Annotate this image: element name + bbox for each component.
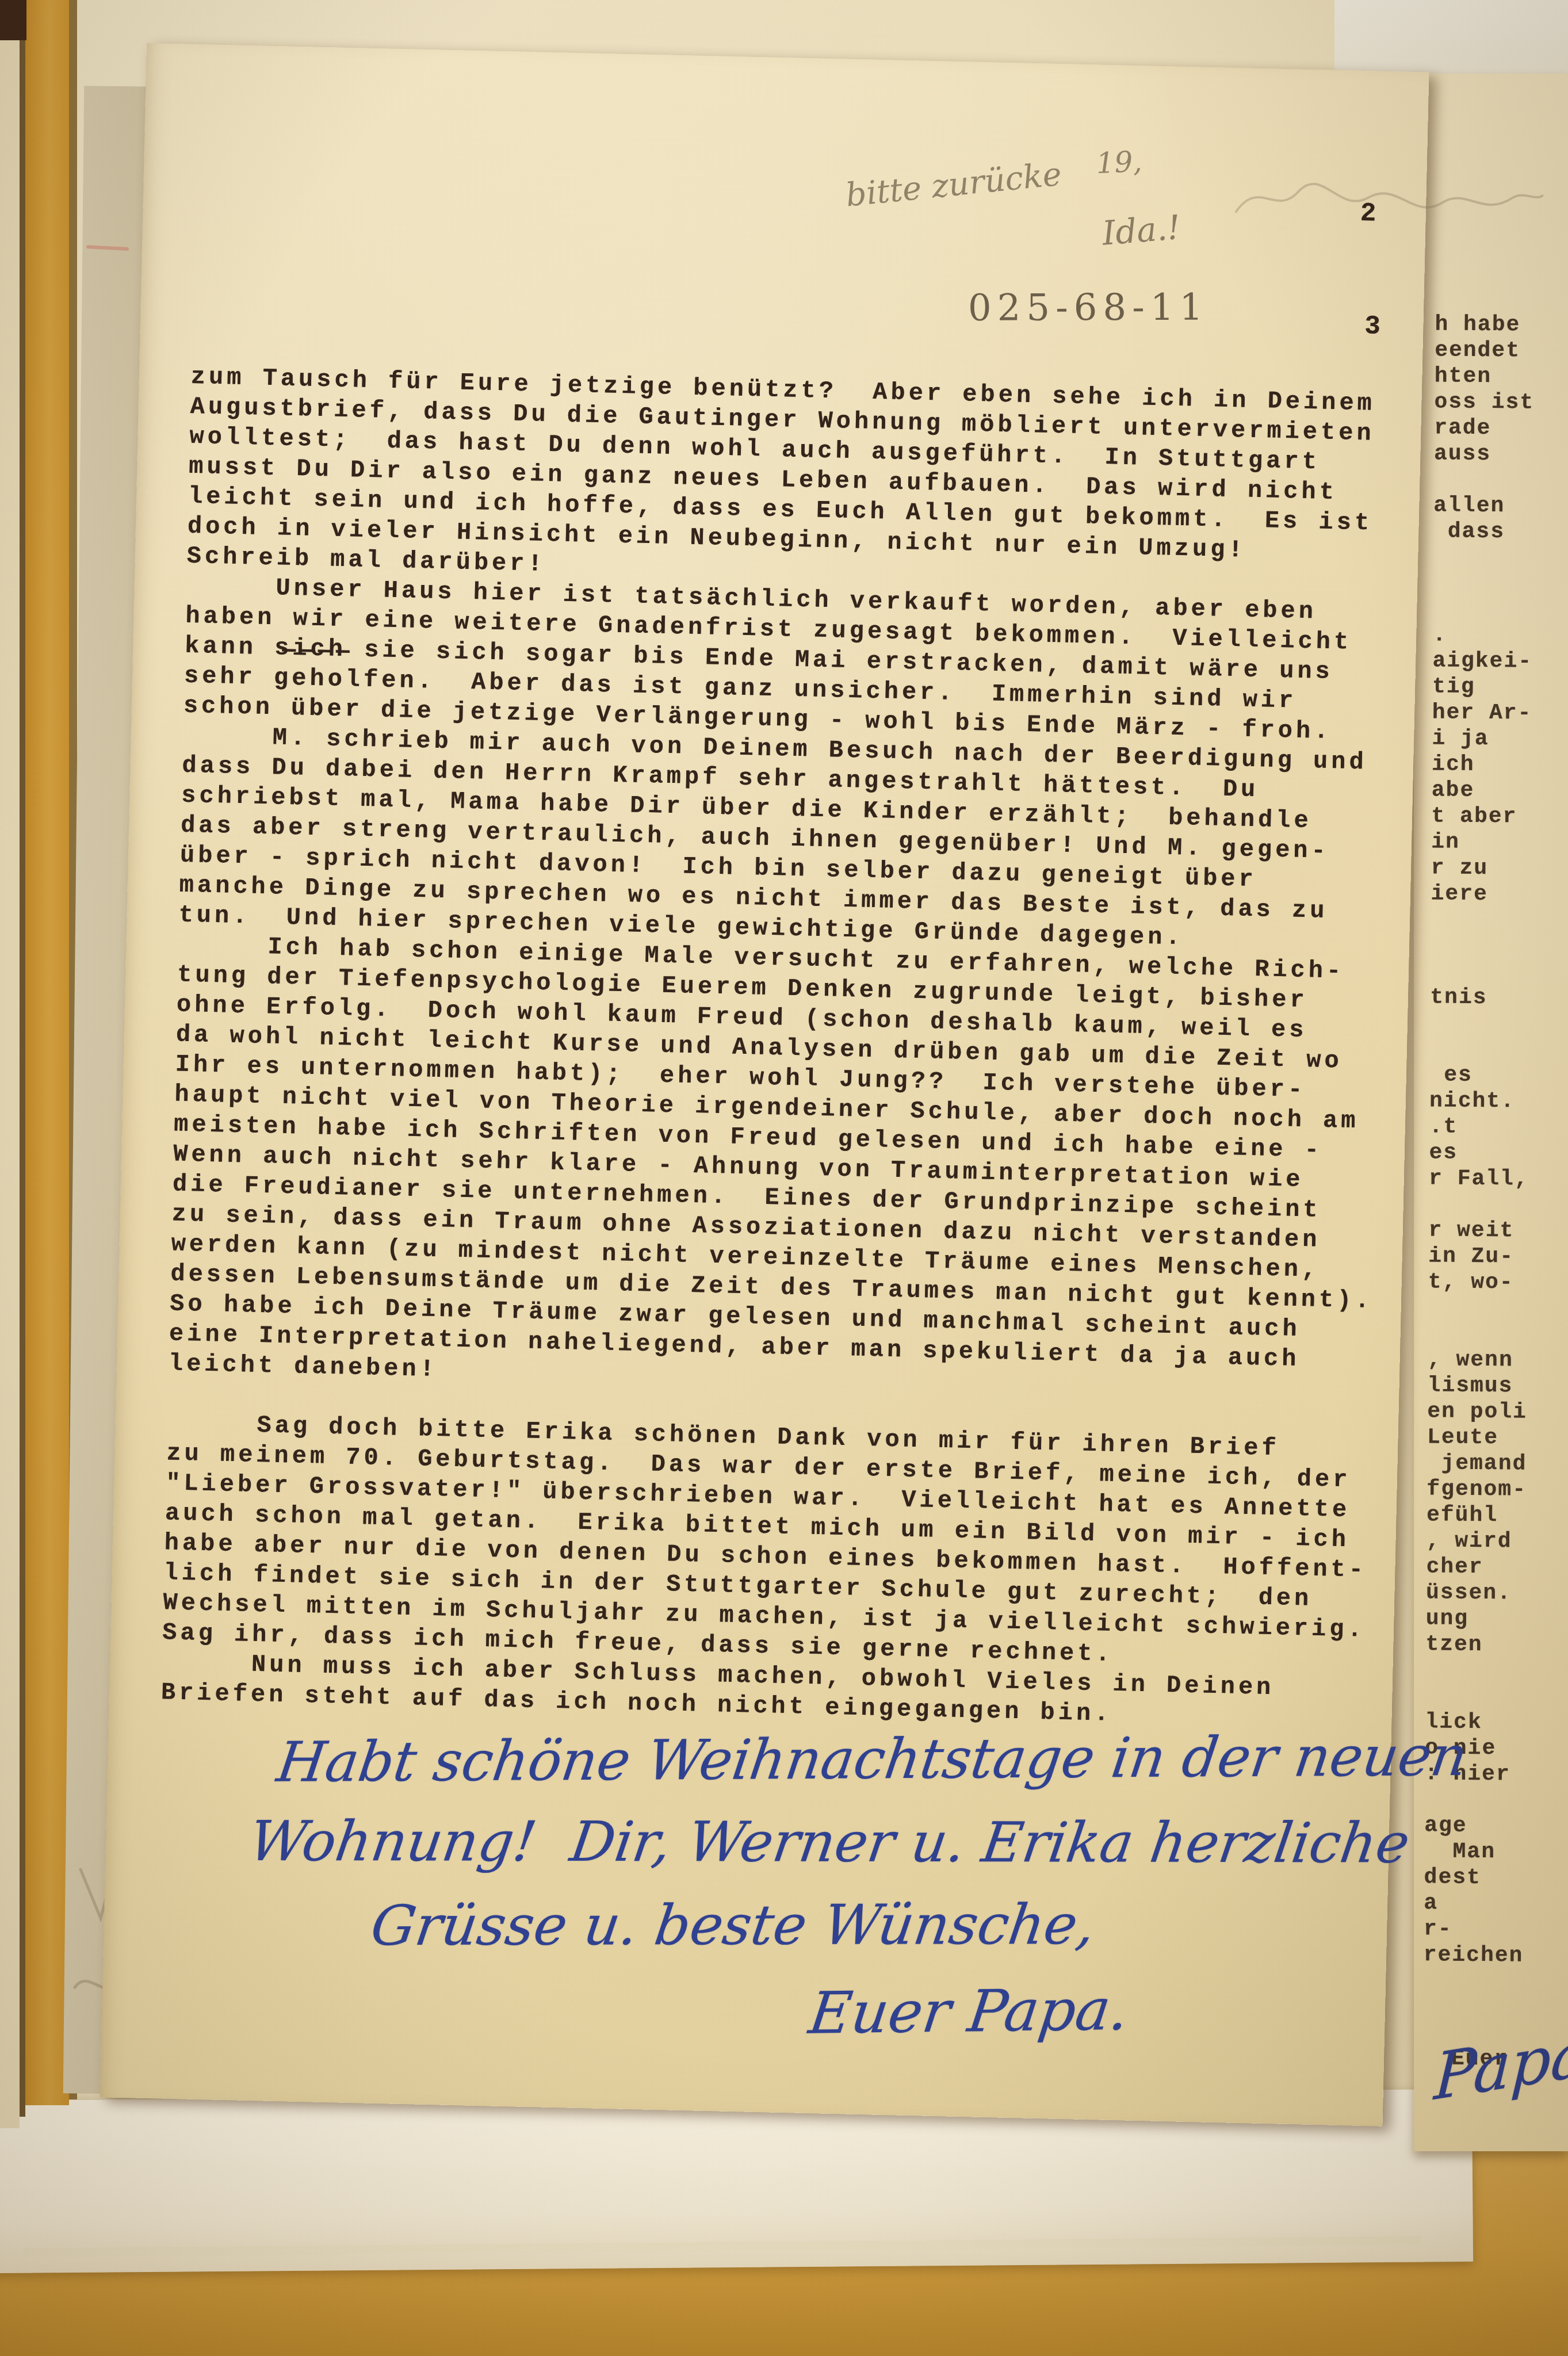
photo-of-typewritten-letter: h habe eendet hten oss ist rade auss all… (0, 0, 1568, 2356)
typed-page-number-3: 3 (1364, 311, 1381, 342)
handwritten-closing-line1: Habt schöne Weihnachtstage in der neuen (273, 1724, 1471, 1795)
handwritten-closing-line3: Grüsse u. beste Wünsche, (367, 1892, 1099, 1958)
faint-pencil-scribble (1224, 143, 1548, 248)
handwritten-closing-line2: Wohnung! Dir, Werner u. Erika herzliche (245, 1809, 1413, 1875)
left-sheet-edge-cream (0, 0, 20, 2128)
underlying-page-text-fragments: h habe eendet hten oss ist rade auss all… (1422, 311, 1535, 2072)
pencil-file-number: 025-68-11 (968, 286, 1209, 330)
handwritten-signature: Euer Papa. (805, 1976, 1133, 2047)
dark-corner-shadow (0, 0, 26, 40)
underlying-page-right-edge: h habe eendet hten oss ist rade auss all… (1414, 74, 1568, 2151)
pencil-note-part3: Ida.! (1101, 208, 1182, 253)
left-gold-folder-strip (25, 0, 69, 2105)
left-shadow-line (20, 0, 25, 2117)
pencil-note-part2: 19, (1095, 145, 1142, 181)
pencil-note-part1: bitte zurücke (844, 155, 1063, 214)
letter-sheet: 2 3 bitte zurücke 19, Ida.! 025-68-11 zu… (100, 43, 1429, 2126)
typed-letter-body: zum Tausch für Eure jetzige benützt? Abe… (160, 362, 1393, 1735)
